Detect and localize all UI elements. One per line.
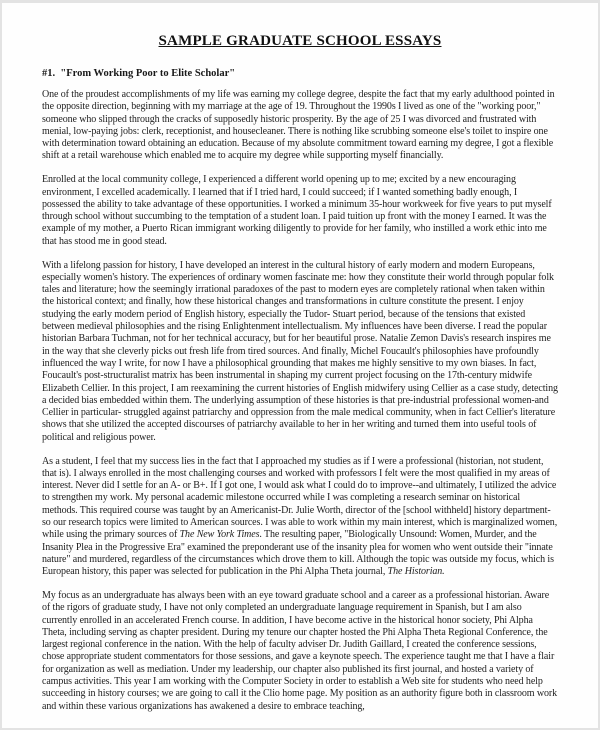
- text-run: With a lifelong passion for history, I h…: [42, 260, 558, 443]
- essay-paragraph: With a lifelong passion for history, I h…: [42, 260, 558, 444]
- page-title: SAMPLE GRADUATE SCHOOL ESSAYS: [42, 33, 558, 50]
- text-run: One of the proudest accomplishments of m…: [42, 89, 555, 161]
- italic-work-title: The Historian.: [388, 566, 445, 577]
- text-run: As a student, I feel that my success lie…: [42, 456, 557, 541]
- essay-paragraph: Enrolled at the local community college,…: [42, 174, 558, 248]
- essay-paragraph: One of the proudest accomplishments of m…: [42, 89, 558, 163]
- essay-heading: #1. "From Working Poor to Elite Scholar": [42, 68, 558, 80]
- essay-body: One of the proudest accomplishments of m…: [42, 89, 558, 713]
- essay-paragraph: My focus as an undergraduate has always …: [42, 590, 558, 713]
- text-run: My focus as an undergraduate has always …: [42, 590, 557, 712]
- essay-paragraph: As a student, I feel that my success lie…: [42, 456, 558, 579]
- document-page: SAMPLE GRADUATE SCHOOL ESSAYS #1. "From …: [0, 0, 600, 730]
- text-run: Enrolled at the local community college,…: [42, 174, 552, 246]
- italic-work-title: The New York Times: [180, 529, 260, 540]
